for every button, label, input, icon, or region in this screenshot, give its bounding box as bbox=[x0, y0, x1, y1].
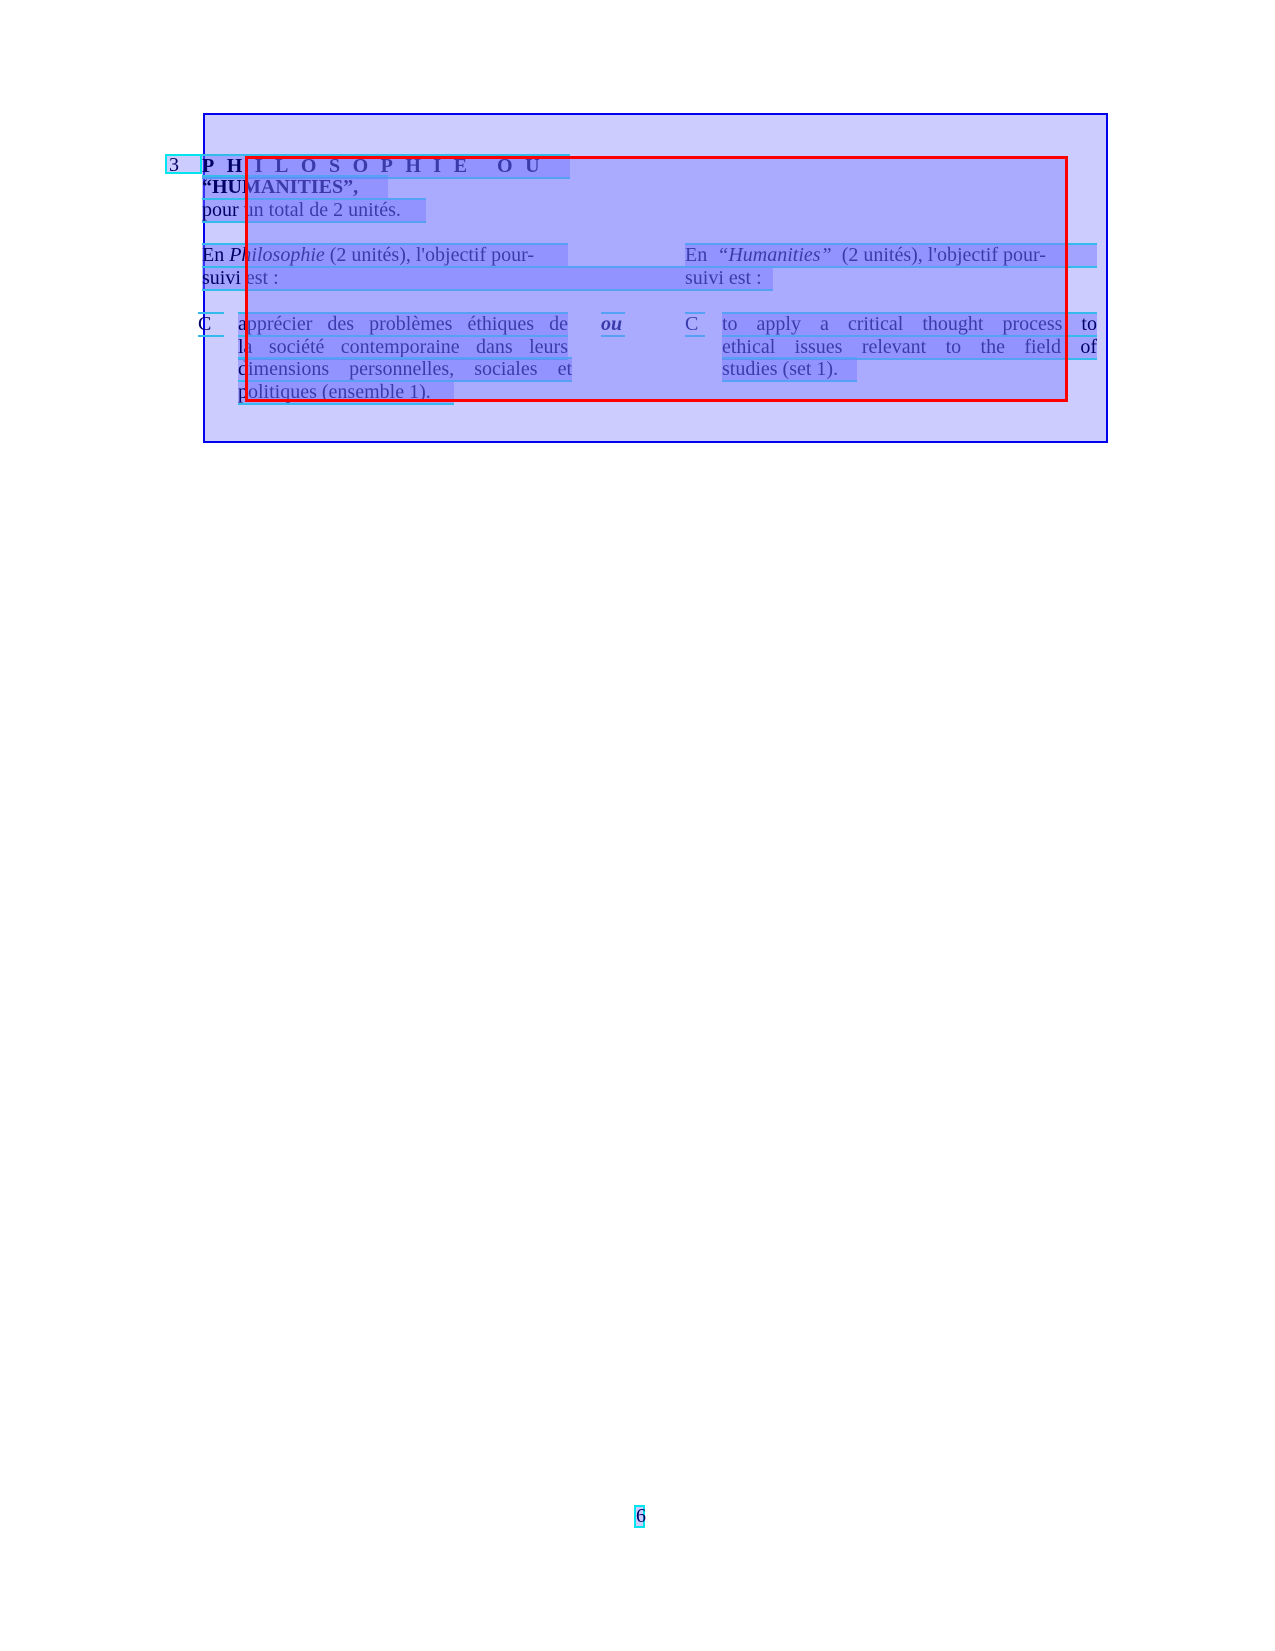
left-intro-rest: (2 unités), l'objectif pour- bbox=[330, 244, 534, 266]
right-intro-prefix: En bbox=[685, 244, 707, 266]
left-bullet-line: dimensions personnelles, sociales et bbox=[238, 357, 572, 382]
right-intro-line1: En “Humanities” (2 unités), l'objectif p… bbox=[685, 243, 1097, 268]
left-bullet-line: apprécier des problèmes éthiques de bbox=[238, 312, 568, 337]
left-intro-line1: En Philosophie (2 unités), l'objectif po… bbox=[202, 243, 568, 268]
right-bullet-line: to apply a critical thought process to bbox=[722, 312, 1097, 337]
right-intro-rest: (2 unités), l'objectif pour- bbox=[842, 244, 1046, 266]
left-intro-line2: suivi est : bbox=[202, 266, 685, 291]
section-subtitle: pour un total de 2 unités. bbox=[202, 198, 426, 223]
left-bullet-line: politiques (ensemble 1). bbox=[238, 380, 454, 405]
page-number: 6 bbox=[634, 1505, 645, 1528]
right-intro-italic: “Humanities” bbox=[717, 244, 831, 266]
left-intro-italic: Philosophie bbox=[229, 244, 325, 266]
section-number: 3 bbox=[165, 154, 202, 174]
right-bullet-line: studies (set 1). bbox=[722, 357, 857, 382]
right-bullet-icon: C bbox=[685, 312, 705, 337]
right-intro-line2: suivi est : bbox=[685, 266, 773, 291]
section-heading-line2: “HUMANITIES”, bbox=[202, 175, 388, 200]
separator-or: ou bbox=[601, 312, 625, 337]
left-intro-prefix: En bbox=[202, 244, 224, 266]
left-bullet-icon: C bbox=[198, 312, 224, 337]
